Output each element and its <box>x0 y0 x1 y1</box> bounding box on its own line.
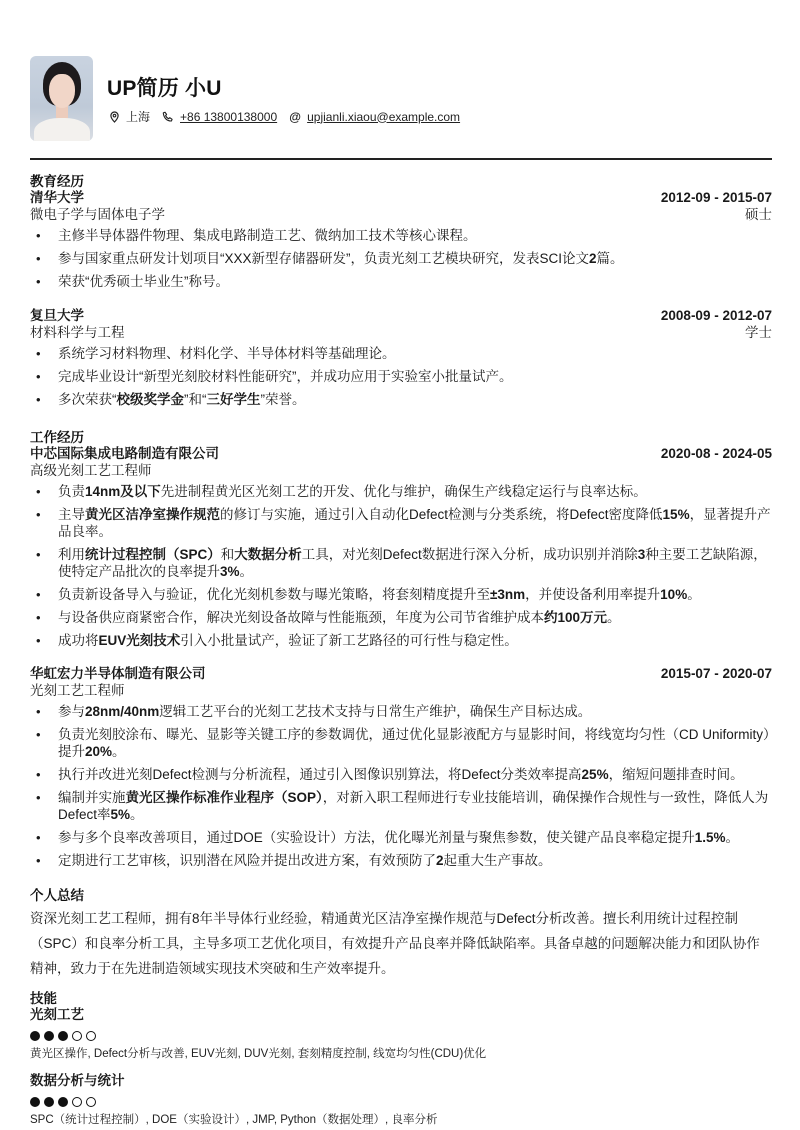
degree: 学士 <box>745 324 772 341</box>
major: 微电子学与固体电子学 <box>30 206 165 223</box>
bullet-list: 主修半导体器件物理、集成电路制造工艺、微纳加工技术等核心课程。参与国家重点研发计… <box>30 227 772 290</box>
date-range: 2020-08 - 2024-05 <box>661 446 772 462</box>
profile-photo <box>30 56 93 141</box>
filled-dot-icon <box>30 1097 40 1107</box>
skill-item: 光刻工艺 黄光区操作, Defect分析与改善, EUV光刻, DUV光刻, 套… <box>30 1007 772 1062</box>
bullet-list: 负责14nm及以下先进制程黄光区光刻工艺的开发、优化与维护，确保生产线稳定运行与… <box>30 483 772 649</box>
skill-description: SPC（统计过程控制）, DOE（实验设计）, JMP, Python（数据处理… <box>30 1113 772 1128</box>
bullet-item: 系统学习材料物理、材料化学、半导体材料等基础理论。 <box>30 345 772 362</box>
empty-dot-icon <box>72 1031 82 1041</box>
section-title: 工作经历 <box>30 430 772 446</box>
filled-dot-icon <box>58 1031 68 1041</box>
resume-page: UP简历 小U 上海 +86 13800138000 @ upjianli.xi… <box>30 0 772 160</box>
work-entry: 中芯国际集成电路制造有限公司 2020-08 - 2024-05 高级光刻工艺工… <box>30 446 772 649</box>
map-pin-icon <box>108 111 120 123</box>
company-name: 中芯国际集成电路制造有限公司 <box>30 446 219 462</box>
bullet-item: 编制并实施黄光区操作标准作业程序（SOP），对新入职工程师进行专业技能培训，确保… <box>30 789 772 823</box>
contact-info: 上海 +86 13800138000 @ upjianli.xiaou@exam… <box>108 108 472 125</box>
candidate-name: UP简历 小U <box>107 72 222 102</box>
bullet-item: 荣获“优秀硕士毕业生”称号。 <box>30 273 772 290</box>
bullet-item: 负责新设备导入与验证，优化光刻机参数与曝光策略，将套刻精度提升至±3nm，并使设… <box>30 586 772 603</box>
skills-section: 技能 光刻工艺 黄光区操作, Defect分析与改善, EUV光刻, DUV光刻… <box>30 991 772 1128</box>
email-link[interactable]: upjianli.xiaou@example.com <box>307 110 460 124</box>
phone: +86 13800138000 <box>162 110 277 124</box>
date-range: 2012-09 - 2015-07 <box>661 190 772 206</box>
filled-dot-icon <box>44 1097 54 1107</box>
job-role: 高级光刻工艺工程师 <box>30 462 152 479</box>
summary-section: 个人总结 资深光刻工艺工程师，拥有8年半导体行业经验，精通黄光区洁净室操作规范与… <box>30 888 772 981</box>
bullet-item: 参与28nm/40nm逻辑工艺平台的光刻工艺技术支持与日常生产维护，确保生产目标… <box>30 703 772 720</box>
section-title: 个人总结 <box>30 888 772 904</box>
section-title: 教育经历 <box>30 174 772 190</box>
bullet-item: 主修半导体器件物理、集成电路制造工艺、微纳加工技术等核心课程。 <box>30 227 772 244</box>
filled-dot-icon <box>44 1031 54 1041</box>
at-sign-icon: @ <box>289 111 301 123</box>
degree: 硕士 <box>745 206 772 223</box>
skill-name: 数据分析与统计 <box>30 1073 772 1089</box>
bullet-item: 主导黄光区洁净室操作规范的修订与实施，通过引入自动化Defect检测与分类系统，… <box>30 506 772 540</box>
bullet-item: 执行并改进光刻Defect检测与分析流程，通过引入图像识别算法，将Defect分… <box>30 766 772 783</box>
school-name: 复旦大学 <box>30 308 84 324</box>
empty-dot-icon <box>86 1097 96 1107</box>
header-divider <box>30 158 772 160</box>
bullet-item: 参与多个良率改善项目，通过DOE（实验设计）方法，优化曝光剂量与聚焦参数，使关键… <box>30 829 772 846</box>
date-range: 2015-07 - 2020-07 <box>661 666 772 682</box>
filled-dot-icon <box>30 1031 40 1041</box>
email: @ upjianli.xiaou@example.com <box>289 110 460 124</box>
bullet-item: 完成毕业设计“新型光刻胶材料性能研究”，并成功应用于实验室小批量试产。 <box>30 368 772 385</box>
skill-level-dots <box>30 1097 772 1107</box>
major: 材料科学与工程 <box>30 324 125 341</box>
bullet-item: 与设备供应商紧密合作，解决光刻设备故障与性能瓶颈，年度为公司节省维护成本约100… <box>30 609 772 626</box>
skill-level-dots <box>30 1031 772 1041</box>
bullet-item: 多次荣获“校级奖学金”和“三好学生”荣誉。 <box>30 391 772 408</box>
summary-text: 资深光刻工艺工程师，拥有8年半导体行业经验，精通黄光区洁净室操作规范与Defec… <box>30 906 772 981</box>
work-entry: 华虹宏力半导体制造有限公司 2015-07 - 2020-07 光刻工艺工程师 … <box>30 666 772 875</box>
bullet-item: 参与国家重点研发计划项目“XXX新型存储器研发”，负责光刻工艺模块研究，发表SC… <box>30 250 772 267</box>
date-range: 2008-09 - 2012-07 <box>661 308 772 324</box>
education-section: 教育经历 清华大学 2012-09 - 2015-07 微电子学与固体电子学 硕… <box>30 174 772 296</box>
bullet-item: 成功将EUV光刻技术引入小批量试产，验证了新工艺路径的可行性与稳定性。 <box>30 632 772 649</box>
school-name: 清华大学 <box>30 190 84 206</box>
skill-description: 黄光区操作, Defect分析与改善, EUV光刻, DUV光刻, 套刻精度控制… <box>30 1047 772 1062</box>
empty-dot-icon <box>72 1097 82 1107</box>
skill-item: 数据分析与统计 SPC（统计过程控制）, DOE（实验设计）, JMP, Pyt… <box>30 1073 772 1128</box>
bullet-item: 负责光刻胶涂布、曝光、显影等关键工序的参数调优，通过优化显影液配方与显影时间，将… <box>30 726 772 760</box>
bullet-list: 参与28nm/40nm逻辑工艺平台的光刻工艺技术支持与日常生产维护，确保生产目标… <box>30 703 772 869</box>
bullet-item: 利用统计过程控制（SPC）和大数据分析工具，对光刻Defect数据进行深入分析，… <box>30 546 772 580</box>
bullet-list: 系统学习材料物理、材料化学、半导体材料等基础理论。完成毕业设计“新型光刻胶材料性… <box>30 345 772 408</box>
section-title: 技能 <box>30 991 772 1007</box>
bullet-item: 定期进行工艺审核，识别潜在风险并提出改进方案，有效预防了2起重大生产事故。 <box>30 852 772 869</box>
work-section: 工作经历 中芯国际集成电路制造有限公司 2020-08 - 2024-05 高级… <box>30 430 772 655</box>
skill-name: 光刻工艺 <box>30 1007 772 1023</box>
phone-icon <box>162 111 174 123</box>
filled-dot-icon <box>58 1097 68 1107</box>
job-role: 光刻工艺工程师 <box>30 682 125 699</box>
education-entry: 清华大学 2012-09 - 2015-07 微电子学与固体电子学 硕士 主修半… <box>30 190 772 290</box>
bullet-item: 负责14nm及以下先进制程黄光区光刻工艺的开发、优化与维护，确保生产线稳定运行与… <box>30 483 772 500</box>
phone-link[interactable]: +86 13800138000 <box>180 110 277 124</box>
education-entry: 复旦大学 2008-09 - 2012-07 材料科学与工程 学士 系统学习材料… <box>30 308 772 414</box>
location: 上海 <box>108 108 150 125</box>
resume-header: UP简历 小U 上海 +86 13800138000 @ upjianli.xi… <box>30 0 772 160</box>
company-name: 华虹宏力半导体制造有限公司 <box>30 666 206 682</box>
empty-dot-icon <box>86 1031 96 1041</box>
